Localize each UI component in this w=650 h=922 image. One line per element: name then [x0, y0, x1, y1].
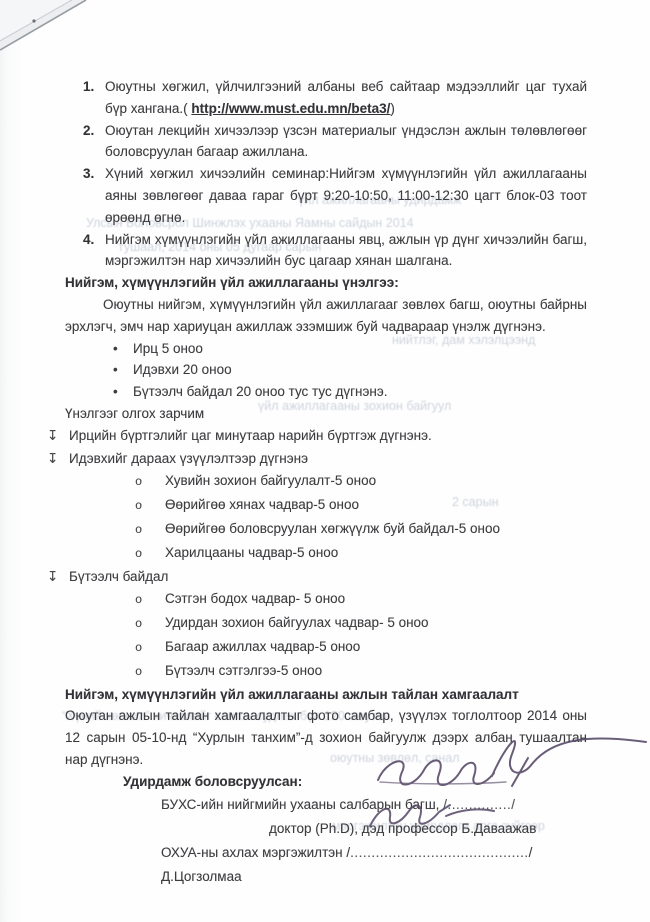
down-arrow-bullet-icon: ↧: [47, 567, 69, 589]
item-number: 1.: [83, 76, 94, 98]
signature-dotted-line: ........................................…: [350, 845, 529, 860]
sub-item: oӨөрийгөө хянах чадвар-5 оноо: [135, 494, 587, 518]
item-text: ): [390, 101, 395, 116]
numbered-item-2: 2. Оюутан лекцийн хичээлээр үзсэн матери…: [65, 120, 587, 164]
sub-item: oӨөрийгөө боловсруулан хөгжүүлж буй байд…: [135, 518, 587, 542]
circle-bullet-icon: o: [135, 472, 165, 494]
bullet-text: Ирц 5 оноо: [133, 341, 203, 356]
arrow-item: ↧Бүтээлч байдал: [47, 566, 587, 589]
numbered-item-3: 3. Хүний хөгжил хичээлийн семинар:Нийгэм…: [65, 163, 587, 228]
down-arrow-bullet-icon: ↧: [47, 449, 69, 471]
bullet-item: •Идэвхи 20 оноо: [113, 359, 587, 381]
circle-bullet-icon: o: [135, 590, 165, 612]
bullet-text: Бүтээлч байдал 20 оноо тус тус дүгнэнэ.: [133, 384, 387, 399]
signature-dotted-line: /.............../: [443, 797, 515, 812]
circle-bullet-icon: o: [135, 496, 165, 518]
sub-item-text: Өөрийгөө боловсруулан хөгжүүлж буй байда…: [165, 521, 500, 536]
dot-bullet-icon: •: [113, 338, 133, 360]
sub-item: oБүтээлч сэтгэлгээ-5 оноо: [135, 660, 587, 684]
bullet-text: Идэвхи 20 оноо: [133, 362, 232, 377]
sub-item: oБагаар ажиллах чадвар-5 оноо: [135, 636, 587, 660]
dot-bullet-icon: •: [113, 381, 133, 403]
sub-item-text: Бүтээлч сэтгэлгээ-5 оноо: [165, 663, 322, 678]
numbered-item-1: 1. Оюутны хөгжил, үйлчилгээний албаны ве…: [65, 76, 587, 120]
circle-bullet-icon: o: [135, 662, 165, 684]
arrow-item-text: Ирцийн бүртгэлийг цаг минутаар нарийн бү…: [69, 428, 432, 443]
signature-label: БУХС-ийн нийгмийн ухааны салбарын багш,: [161, 797, 443, 812]
signature-line-specialist: ОХУА-ны ахлах мэргэжилтэн /.............…: [161, 841, 587, 889]
sub-item: oХувийн зохион байгуулалт-5 оноо: [135, 470, 587, 494]
sub-item: oСэтгэн бодох чадвар- 5 оноо: [135, 588, 587, 612]
numbered-item-4: 4. Нийгэм хүмүүнлэгийн үйл ажиллагааны я…: [65, 229, 587, 273]
item-text: Нийгэм хүмүүнлэгийн үйл ажиллагааны явц,…: [105, 232, 587, 269]
circle-bullet-icon: o: [135, 544, 165, 566]
professor-name-line: доктор (Ph.D), дэд профессор Б.Даваажав: [269, 817, 587, 841]
sub-item-text: Сэтгэн бодох чадвар- 5 оноо: [165, 591, 345, 606]
sub-item-text: Өөрийгөө хянах чадвар-5 оноо: [165, 497, 359, 512]
bullet-item: •Ирц 5 оноо: [113, 338, 587, 360]
evaluation-paragraph: Оюутны нийгэм, хүмүүнлэгийн үйл ажиллага…: [65, 294, 587, 338]
signature-label: ОХУА-ны ахлах мэргэжилтэн /: [161, 845, 350, 860]
sub-item: oХарилцааны чадвар-5 оноо: [135, 542, 587, 566]
sub-item-text: Хувийн зохион байгуулалт-5 оноо: [165, 473, 376, 488]
sub-item-text: Багаар ажиллах чадвар-5 оноо: [165, 639, 360, 654]
item-number: 2.: [83, 120, 94, 142]
sub-item-text: Харилцааны чадвар-5 оноо: [165, 545, 338, 560]
signoff-heading: Удирдамж боловсруулсан:: [123, 771, 587, 793]
arrow-item: ↧Ирцийн бүртгэлийг цаг минутаар нарийн б…: [47, 425, 587, 448]
item-number: 4.: [83, 229, 94, 251]
circle-bullet-icon: o: [135, 520, 165, 542]
item-text: Оюутан лекцийн хичээлээр үзсэн материалы…: [105, 123, 587, 160]
item-number: 3.: [83, 163, 94, 185]
document-body: 1. Оюутны хөгжил, үйлчилгээний албаны ве…: [0, 0, 650, 889]
signature-line-teacher: БУХС-ийн нийгмийн ухааны салбарын багш, …: [161, 793, 587, 817]
down-arrow-bullet-icon: ↧: [47, 426, 69, 448]
circle-bullet-icon: o: [135, 638, 165, 660]
report-paragraph: Оюутан ажлын тайлан хамгаалалтыг фото са…: [65, 705, 587, 770]
sub-item-text: Удирдан зохион байгуулах чадвар- 5 оноо: [165, 615, 429, 630]
bullet-item: •Бүтээлч байдал 20 оноо тус тус дүгнэнэ.: [113, 381, 587, 403]
circle-bullet-icon: o: [135, 614, 165, 636]
arrow-item-text: Бүтээлч байдал: [69, 569, 168, 584]
dot-bullet-icon: •: [113, 359, 133, 381]
arrow-item-text: Идэвхийг дараах үзүүлэлтээр дүгнэнэ: [69, 451, 308, 466]
item-text: Хүний хөгжил хичээлийн семинар:Нийгэм хү…: [105, 166, 587, 225]
section-heading-evaluation: Нийгэм, хүмүүнлэгийн үйл ажиллагааны үнэ…: [65, 272, 587, 294]
arrow-item: ↧Идэвхийг дараах үзүүлэлтээр дүгнэнэ: [47, 448, 587, 471]
principle-line: Үнэлгээг олгох зарчим: [65, 403, 587, 425]
scanned-document-page: үйл ажиллагааны удирдамж Улсын Боловсрол…: [0, 0, 650, 922]
website-url: http://www.must.edu.mn/beta3/: [191, 101, 390, 116]
sub-item: oУдирдан зохион байгуулах чадвар- 5 оноо: [135, 612, 587, 636]
section-heading-report: Нийгэм, хүмүүнлэгийн үйл ажиллагааны ажл…: [65, 684, 587, 706]
